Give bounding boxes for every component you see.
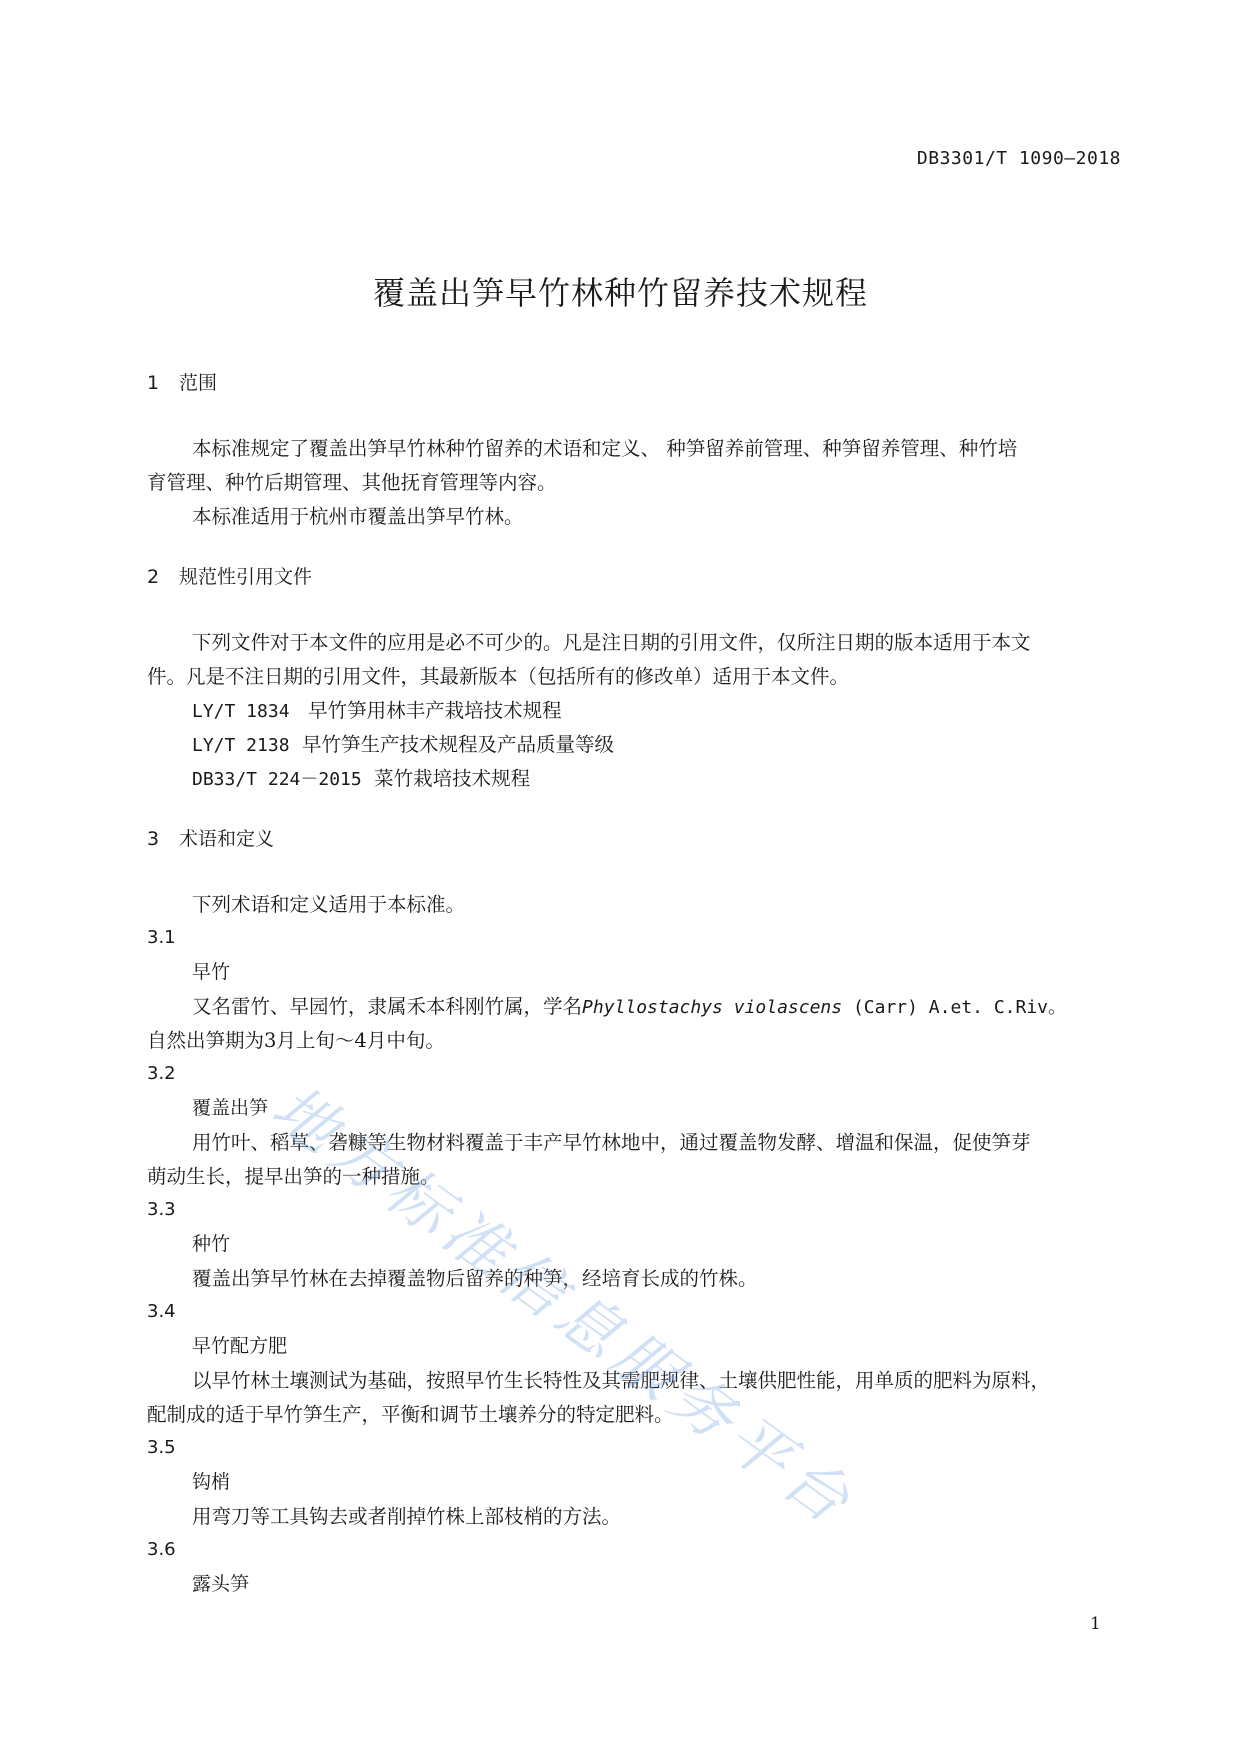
page-number: 1 xyxy=(1090,1614,1101,1634)
term-definition-line: 又名雷竹、早园竹，隶属禾本科刚竹属，学名Phyllostachys violas… xyxy=(192,997,1066,1017)
term-name: 早竹配方肥 xyxy=(192,1337,287,1356)
term-definition-line: 以早竹林土壤测试为基础，按照早竹生长特性及其需肥规律、土壤供肥性能，用单质的肥料… xyxy=(192,1371,1050,1391)
section-number: 1 xyxy=(147,374,179,393)
term-number: 3.1 xyxy=(147,929,176,947)
reference-title: 菜竹栽培技术规程 xyxy=(374,767,530,790)
latin-name: Phyllostachys violascens xyxy=(582,997,842,1018)
term-definition-line: 萌动生长，提早出笋的一种措施。 xyxy=(147,1167,440,1187)
term-name: 钩梢 xyxy=(192,1473,230,1492)
reference-code: LY/T 2138 xyxy=(192,735,290,756)
term-definition-line: 用竹叶、稻草、砻糠等生物材料覆盖于丰产早竹林地中，通过覆盖物发酵、增温和保温，促… xyxy=(192,1133,1031,1153)
term-name: 早竹 xyxy=(192,963,230,982)
document-title: 覆盖出笋早竹林种竹留养技术规程 xyxy=(0,268,1241,314)
term-definition-line: 用弯刀等工具钩去或者削掉竹株上部枝梢的方法。 xyxy=(192,1507,621,1527)
term-definition-line: 自然出笋期为3月上旬～4月中旬。 xyxy=(147,1031,445,1051)
term-name: 露头笋 xyxy=(192,1575,249,1594)
reference-title: 早竹笋用林丰产栽培技术规程 xyxy=(308,699,562,722)
reference-item: DB33/T 224－2015 菜竹栽培技术规程 xyxy=(192,769,530,789)
term-number: 3.2 xyxy=(147,1065,176,1083)
section-title: 术语和定义 xyxy=(179,828,274,850)
section-heading-1: 1范围 xyxy=(147,374,217,393)
term-number: 3.3 xyxy=(147,1201,176,1219)
paragraph-line: 件。凡是不注日期的引用文件，其最新版本（包括所有的修改单）适用于本文件。 xyxy=(147,667,849,687)
definition-authority: (Carr) A.et. C.Riv。 xyxy=(842,997,1066,1018)
section-number: 3 xyxy=(147,830,179,849)
reference-title: 早竹笋生产技术规程及产品质量等级 xyxy=(302,733,614,756)
paragraph-line: 下列文件对于本文件的应用是必不可少的。凡是注日期的引用文件，仅所注日期的版本适用… xyxy=(192,633,1031,653)
paragraph-line: 下列术语和定义适用于本标准。 xyxy=(192,895,465,915)
term-number: 3.4 xyxy=(147,1303,176,1321)
definition-text: 又名雷竹、早园竹，隶属禾本科刚竹属，学名 xyxy=(192,995,582,1018)
reference-code: DB33/T 224－2015 xyxy=(192,769,362,790)
section-title: 范围 xyxy=(179,372,217,394)
term-name: 种竹 xyxy=(192,1235,230,1254)
term-definition-line: 配制成的适于早竹笋生产，平衡和调节土壤养分的特定肥料。 xyxy=(147,1405,674,1425)
term-definition-line: 覆盖出笋早竹林在去掉覆盖物后留养的种笋，经培育长成的竹株。 xyxy=(192,1269,758,1289)
reference-item: LY/T 2138 早竹笋生产技术规程及产品质量等级 xyxy=(192,735,614,755)
section-number: 2 xyxy=(147,568,179,587)
paragraph-line: 育管理、种竹后期管理、其他抚育管理等内容。 xyxy=(147,473,557,493)
reference-item: LY/T 1834 早竹笋用林丰产栽培技术规程 xyxy=(192,701,562,721)
term-number: 3.6 xyxy=(147,1541,176,1559)
paragraph-line: 本标准适用于杭州市覆盖出笋早竹林。 xyxy=(192,507,524,527)
term-number: 3.5 xyxy=(147,1439,176,1457)
paragraph-line: 本标准规定了覆盖出笋早竹林种竹留养的术语和定义、 种笋留养前管理、种笋留养管理、… xyxy=(192,439,1017,459)
section-title: 规范性引用文件 xyxy=(179,566,312,588)
section-heading-2: 2规范性引用文件 xyxy=(147,568,312,587)
document-page: DB3301/T 1090—2018 覆盖出笋早竹林种竹留养技术规程 1范围 本… xyxy=(0,0,1241,1754)
term-name: 覆盖出笋 xyxy=(192,1099,268,1118)
section-heading-3: 3术语和定义 xyxy=(147,830,274,849)
reference-code: LY/T 1834 xyxy=(192,701,290,722)
standard-code: DB3301/T 1090—2018 xyxy=(917,148,1121,169)
